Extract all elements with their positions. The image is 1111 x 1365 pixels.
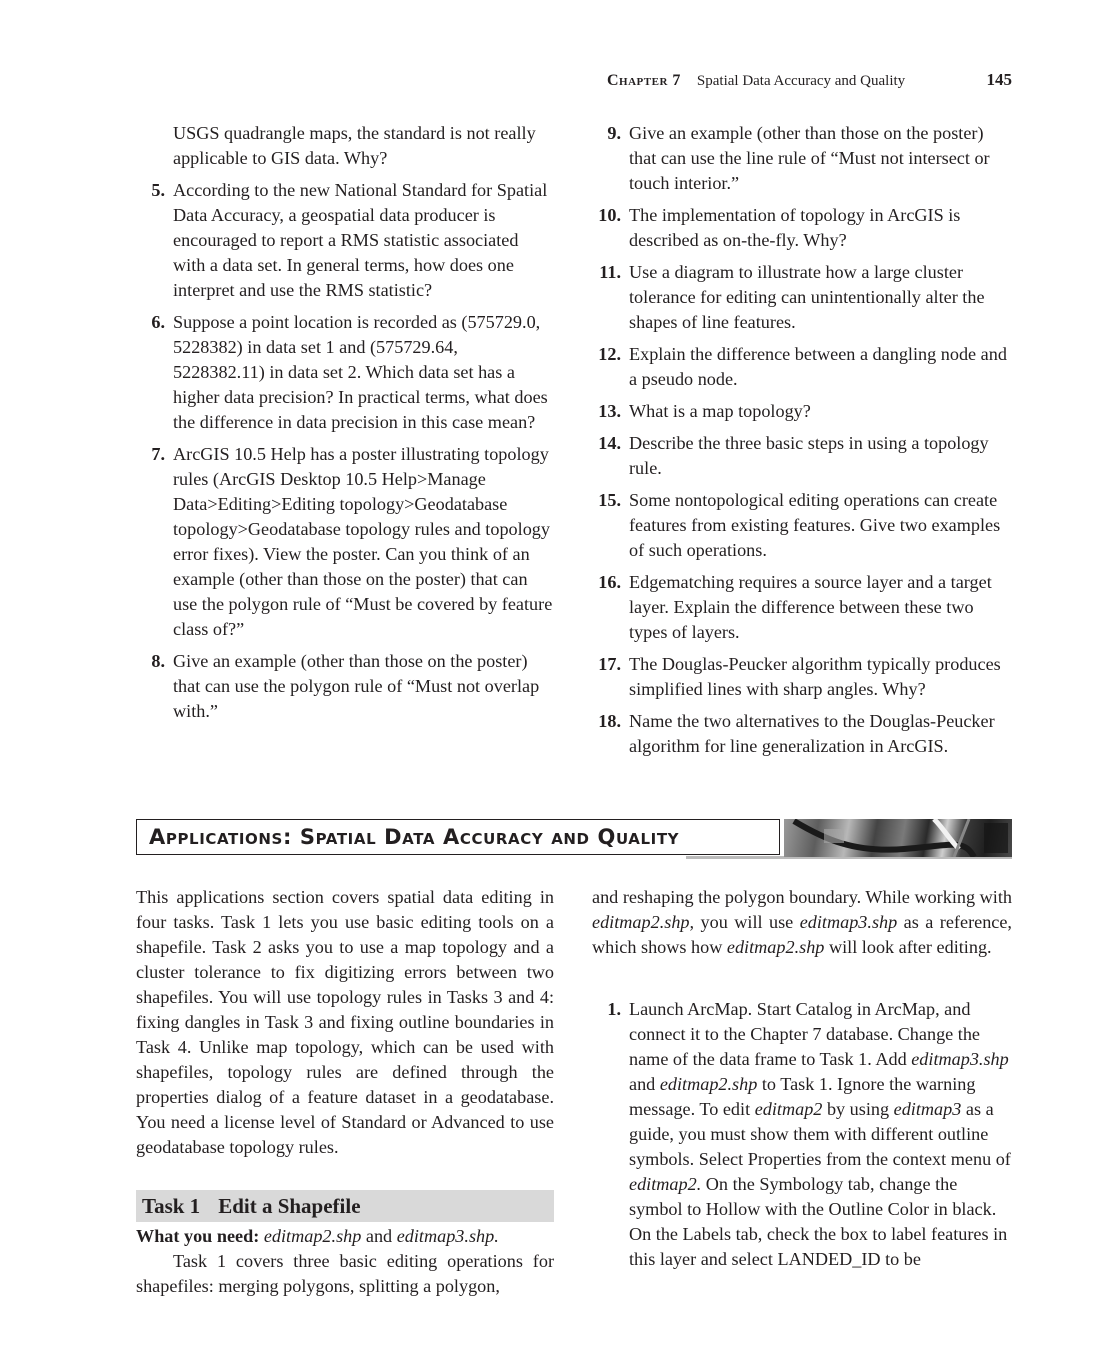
question-number: 16. <box>592 570 629 645</box>
question-5: 5. According to the new National Standar… <box>136 178 554 303</box>
task-title: Edit a Shapefile <box>218 1194 360 1219</box>
text-run: by using <box>822 1099 893 1119</box>
question-number: 10. <box>592 203 629 253</box>
filename: editmap2 <box>755 1099 823 1119</box>
question-text: Suppose a point location is recorded as … <box>173 310 554 435</box>
question-text: Give an example (other than those on the… <box>173 649 554 724</box>
question-text: ArcGIS 10.5 Help has a poster illustrati… <box>173 442 554 642</box>
question-number: 5. <box>136 178 173 303</box>
question-text: Give an example (other than those on the… <box>629 121 1012 196</box>
chapter-title: Spatial Data Accuracy and Quality <box>697 73 987 90</box>
question-text: Explain the difference between a danglin… <box>629 342 1012 392</box>
task-1-heading: Task 1 Edit a Shapefile <box>136 1190 554 1222</box>
question-continuation: USGS quadrangle maps, the standard is no… <box>136 121 554 171</box>
text-run: you will use <box>694 912 800 932</box>
filename: editmap3.shp <box>911 1049 1009 1069</box>
aerial-photo-icon <box>784 819 1012 857</box>
task-1-intro-continued: and reshaping the polygon boundary. Whil… <box>592 885 1012 960</box>
question-number: 13. <box>592 399 629 424</box>
text-run: and reshaping the polygon boundary. Whil… <box>592 887 1012 907</box>
question-9: 9. Give an example (other than those on … <box>592 121 1012 196</box>
question-14: 14. Describe the three basic steps in us… <box>592 431 1012 481</box>
review-questions-left: USGS quadrangle maps, the standard is no… <box>136 121 554 731</box>
question-text: Some nontopological editing operations c… <box>629 488 1012 563</box>
question-11: 11. Use a diagram to illustrate how a la… <box>592 260 1012 335</box>
question-number: 7. <box>136 442 173 642</box>
question-number: 15. <box>592 488 629 563</box>
text-run: will look after editing. <box>824 937 991 957</box>
question-text: Edgematching requires a source layer and… <box>629 570 1012 645</box>
question-text: According to the new National Standard f… <box>173 178 554 303</box>
question-number: 17. <box>592 652 629 702</box>
running-head: Chapter 7 Spatial Data Accuracy and Qual… <box>607 70 1012 92</box>
question-text: Name the two alternatives to the Douglas… <box>629 709 1012 759</box>
filename: editmap3 <box>894 1099 962 1119</box>
review-questions-right: 9. Give an example (other than those on … <box>592 121 1012 766</box>
question-12: 12. Explain the difference between a dan… <box>592 342 1012 392</box>
question-text: What is a map topology? <box>629 399 1012 424</box>
question-number: 14. <box>592 431 629 481</box>
question-number: 6. <box>136 310 173 435</box>
filename: editmap2. <box>629 1174 701 1194</box>
task-1-step-1: 1. Launch ArcMap. Start Catalog in ArcMa… <box>592 997 1012 1272</box>
task-number: Task 1 <box>142 1194 200 1219</box>
question-text: The Douglas-Peucker algorithm typically … <box>629 652 1012 702</box>
filename: editmap2.shp, <box>592 912 694 932</box>
need-and: and <box>361 1226 396 1246</box>
need-file-1: editmap2.shp <box>264 1226 362 1246</box>
question-8: 8. Give an example (other than those on … <box>136 649 554 724</box>
step-text: Launch ArcMap. Start Catalog in ArcMap, … <box>629 997 1012 1272</box>
question-6: 6. Suppose a point location is recorded … <box>136 310 554 435</box>
question-number: 11. <box>592 260 629 335</box>
need-label: What you need: <box>136 1226 259 1246</box>
question-10: 10. The implementation of topology in Ar… <box>592 203 1012 253</box>
question-number: 18. <box>592 709 629 759</box>
task-1-intro: Task 1 covers three basic editing operat… <box>136 1249 554 1299</box>
step-number: 1. <box>592 997 629 1272</box>
applications-banner: Applications: Spatial Data Accuracy and … <box>136 819 1012 857</box>
question-text: Describe the three basic steps in using … <box>629 431 1012 481</box>
need-file-2: editmap3.shp. <box>397 1226 499 1246</box>
filename: editmap2.shp <box>660 1074 758 1094</box>
question-15: 15. Some nontopological editing operatio… <box>592 488 1012 563</box>
applications-intro: This applications section covers spatial… <box>136 885 554 1160</box>
question-7: 7. ArcGIS 10.5 Help has a poster illustr… <box>136 442 554 642</box>
aerial-photo-image <box>784 819 1012 857</box>
question-16: 16. Edgematching requires a source layer… <box>592 570 1012 645</box>
text-run: and <box>629 1074 660 1094</box>
question-number: 9. <box>592 121 629 196</box>
what-you-need: What you need: editmap2.shp and editmap3… <box>136 1224 554 1249</box>
page-number: 145 <box>987 70 1013 90</box>
question-13: 13. What is a map topology? <box>592 399 1012 424</box>
chapter-label: Chapter 7 <box>607 72 681 90</box>
question-text: Use a diagram to illustrate how a large … <box>629 260 1012 335</box>
applications-heading: Applications: Spatial Data Accuracy and … <box>136 819 780 855</box>
filename: editmap3.shp <box>800 912 898 932</box>
filename: editmap2.shp <box>727 937 825 957</box>
question-17: 17. The Douglas-Peucker algorithm typica… <box>592 652 1012 702</box>
question-number: 12. <box>592 342 629 392</box>
question-number: 8. <box>136 649 173 724</box>
question-18: 18. Name the two alternatives to the Dou… <box>592 709 1012 759</box>
question-text: The implementation of topology in ArcGIS… <box>629 203 1012 253</box>
